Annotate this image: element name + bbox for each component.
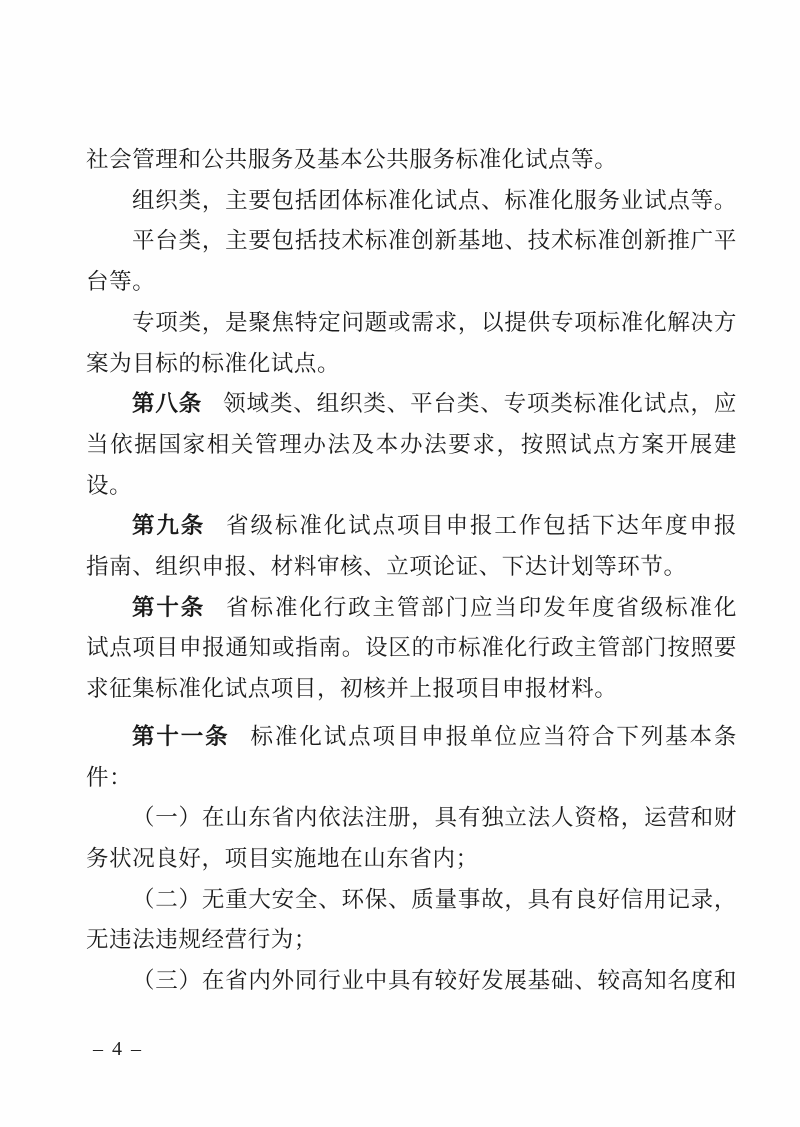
text-line: 社会管理和公共服务及基本公共服务标准化试点等。 [86,140,737,181]
page-number: – 4 – [93,1038,143,1061]
text-line: 平台类，主要包括技术标准创新基地、技术标准创新推广平 [86,221,737,262]
text-line: 求征集标准化试点项目，初核并上报项目申报材料。 [86,669,737,710]
text-run: （二）无重大安全、环保、质量事故，具有良好信用记录， [132,887,737,912]
text-run: 试点项目申报通知或指南。设区的市标准化行政主管部门按照要 [86,635,737,660]
article-number: 第十一条 [132,724,230,749]
text-line: 台等。 [86,262,737,303]
text-line: 第八条领域类、组织类、平台类、专项类标准化试点，应 [86,384,737,425]
text-run: 组织类，主要包括团体标准化试点、标准化服务业试点等。 [132,188,737,213]
text-line: 件： [86,758,737,799]
text-run: 台等。 [86,269,155,294]
text-line: 当依据国家相关管理办法及本办法要求，按照试点方案开展建 [86,425,737,466]
text-line: 组织类，主要包括团体标准化试点、标准化服务业试点等。 [86,181,737,222]
text-run: 省标准化行政主管部门应当印发年度省级标准化 [226,595,737,620]
article-number: 第八条 [132,391,202,416]
text-run: 设。 [86,473,132,498]
text-run: （一）在山东省内依法注册，具有独立法人资格，运营和财 [132,805,737,830]
text-run: 专项类，是聚焦特定问题或需求，以提供专项标准化解决方 [132,310,737,335]
text-line: （一）在山东省内依法注册，具有独立法人资格，运营和财 [86,798,737,839]
text-run: 领域类、组织类、平台类、专项类标准化试点，应 [223,391,737,416]
text-line: 第十一条标准化试点项目申报单位应当符合下列基本条 [86,717,737,758]
text-run: 当依据国家相关管理办法及本办法要求，按照试点方案开展建 [86,432,737,457]
text-run: 件： [86,765,132,790]
text-line: （二）无重大安全、环保、质量事故，具有良好信用记录， [86,880,737,921]
text-line: 试点项目申报通知或指南。设区的市标准化行政主管部门按照要 [86,628,737,669]
text-run: 无违法违规经营行为； [86,927,317,952]
text-line: 指南、组织申报、材料审核、立项论证、下达计划等环节。 [86,547,737,588]
document-page: 社会管理和公共服务及基本公共服务标准化试点等。组织类，主要包括团体标准化试点、标… [0,0,800,1127]
text-line: 案为目标的标准化试点。 [86,344,737,385]
text-run: 标准化试点项目申报单位应当符合下列基本条 [251,724,737,749]
text-line: 第九条省级标准化试点项目申报工作包括下达年度申报 [86,506,737,547]
text-run: 省级标准化试点项目申报工作包括下达年度申报 [226,513,737,538]
text-line: 无违法违规经营行为； [86,920,737,961]
article-number: 第十条 [132,595,205,620]
text-run: 求征集标准化试点项目，初核并上报项目申报材料。 [86,676,617,701]
article-number: 第九条 [132,513,205,538]
text-run: （三）在省内外同行业中具有较好发展基础、较高知名度和 [132,968,737,993]
document-body: 社会管理和公共服务及基本公共服务标准化试点等。组织类，主要包括团体标准化试点、标… [86,140,737,1002]
text-run: 指南、组织申报、材料审核、立项论证、下达计划等环节。 [86,554,687,579]
text-run: 务状况良好，项目实施地在山东省内； [86,846,479,871]
text-line: 第十条省标准化行政主管部门应当印发年度省级标准化 [86,588,737,629]
text-run: 社会管理和公共服务及基本公共服务标准化试点等。 [86,147,617,172]
text-line: 专项类，是聚焦特定问题或需求，以提供专项标准化解决方 [86,303,737,344]
text-line: （三）在省内外同行业中具有较好发展基础、较高知名度和 [86,961,737,1002]
text-line: 设。 [86,466,737,507]
text-line: 务状况良好，项目实施地在山东省内； [86,839,737,880]
text-run: 平台类，主要包括技术标准创新基地、技术标准创新推广平 [132,228,737,253]
text-run: 案为目标的标准化试点。 [86,351,340,376]
